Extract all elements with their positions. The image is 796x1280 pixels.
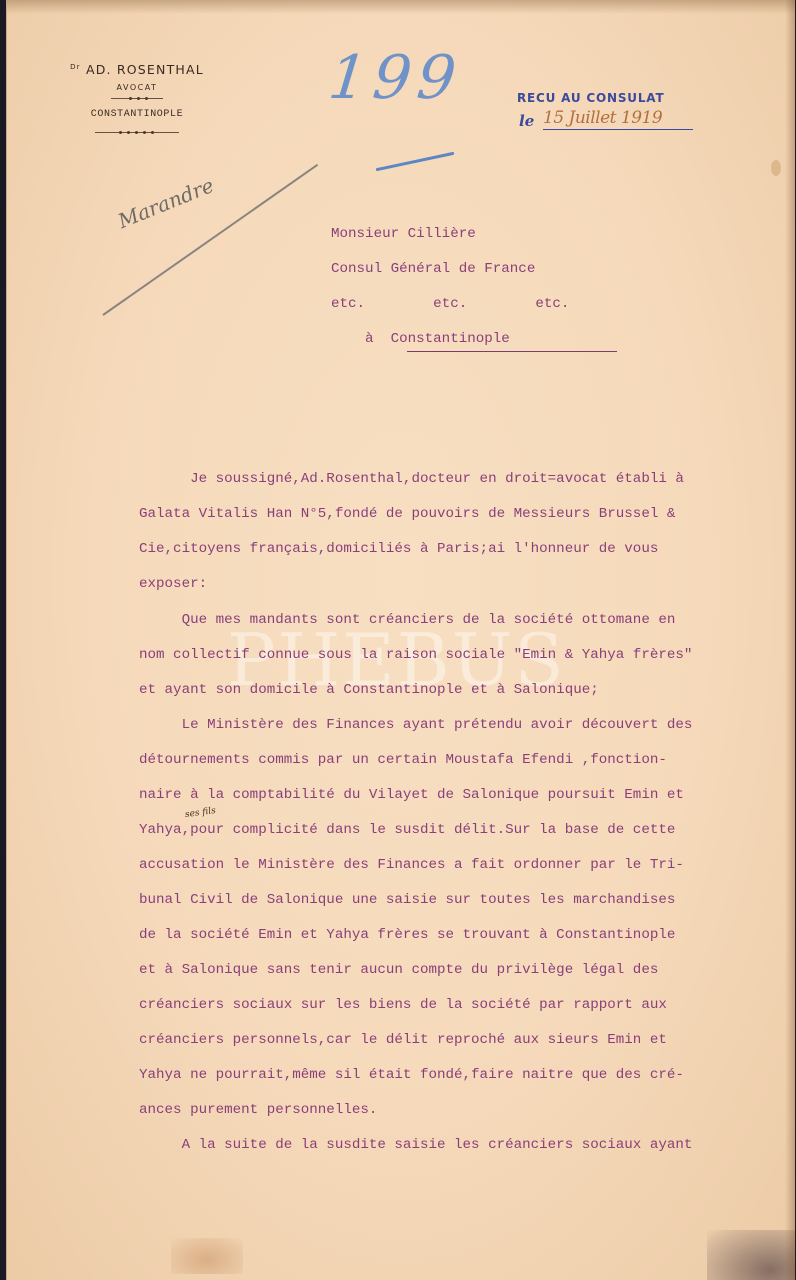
body-line: détournements commis par un certain Mous… <box>139 751 667 769</box>
body-line: Cie,citoyens français,domiciliés à Paris… <box>139 540 658 558</box>
body-line: créanciers sociaux sur les biens de la s… <box>139 996 667 1014</box>
body-line: Que mes mandants sont créanciers de la s… <box>139 611 675 629</box>
body-line: Je soussigné,Ad.Rosenthal,docteur en dro… <box>139 470 684 488</box>
body-line: exposer: <box>139 575 207 593</box>
body-line: Galata Vitalis Han N°5,fondé de pouvoirs… <box>139 505 675 523</box>
lawyer-name: AD. ROSENTHAL <box>86 62 204 77</box>
stamp-le: le <box>519 112 534 130</box>
paper-stain <box>771 160 781 176</box>
paper-stain <box>707 1230 795 1280</box>
body-line: et à Salonique sans tenir aucun compte d… <box>139 961 658 979</box>
letterhead: Dr AD. ROSENTHAL AVOCAT CONSTANTINOPLE <box>47 62 227 134</box>
letterhead-name: Dr AD. ROSENTHAL <box>47 62 227 77</box>
document-page: Dr AD. ROSENTHAL AVOCAT CONSTANTINOPLE 1… <box>6 0 795 1280</box>
folio-number: 199 <box>326 48 465 108</box>
addressee-line: à Constantinople <box>331 331 510 347</box>
body-line: ances purement personnelles. <box>139 1101 377 1119</box>
body-line: Yahya,pour complicité dans le susdit dél… <box>139 821 675 839</box>
handwritten-margin-note: ses fils <box>184 806 216 820</box>
folio-underline <box>376 152 455 172</box>
body-line: de la société Emin et Yahya frères se tr… <box>139 926 675 944</box>
body-line: Le Ministère des Finances ayant prétendu… <box>139 716 692 734</box>
stamp-date: 15 Juillet 1919 <box>543 108 662 128</box>
ornament-divider <box>95 132 179 134</box>
body-line: et ayant son domicile à Constantinople e… <box>139 681 599 699</box>
letterhead-profession: AVOCAT <box>47 83 227 92</box>
body-line: nom collectif connue sous la raison soci… <box>139 646 692 664</box>
body-line: Yahya ne pourrait,même sil était fondé,f… <box>139 1066 684 1084</box>
addressee-underline <box>407 351 617 352</box>
letterhead-city: CONSTANTINOPLE <box>47 109 227 120</box>
title-prefix: Dr <box>70 63 81 71</box>
ornament-divider <box>111 98 163 100</box>
body-line: naire à la comptabilité du Vilayet de Sa… <box>139 786 684 804</box>
addressee-line: Monsieur Cillière <box>331 226 476 242</box>
stamp-underline <box>543 129 693 130</box>
paper-stain <box>171 1238 243 1274</box>
pencil-annotation: Marandre <box>115 173 218 233</box>
stamp-date-row: le 15 Juillet 1919 <box>519 112 691 132</box>
consulate-stamp: RECU AU CONSULAT <box>517 91 664 105</box>
body-line: accusation le Ministère des Finances a f… <box>139 856 684 874</box>
body-line: bunal Civil de Salonique une saisie sur … <box>139 891 675 909</box>
addressee-line: Consul Général de France <box>331 261 535 277</box>
body-line: créanciers personnels,car le délit repro… <box>139 1031 667 1049</box>
addressee-line: etc. etc. etc. <box>331 296 569 312</box>
body-line: A la suite de la susdite saisie les créa… <box>139 1136 692 1154</box>
